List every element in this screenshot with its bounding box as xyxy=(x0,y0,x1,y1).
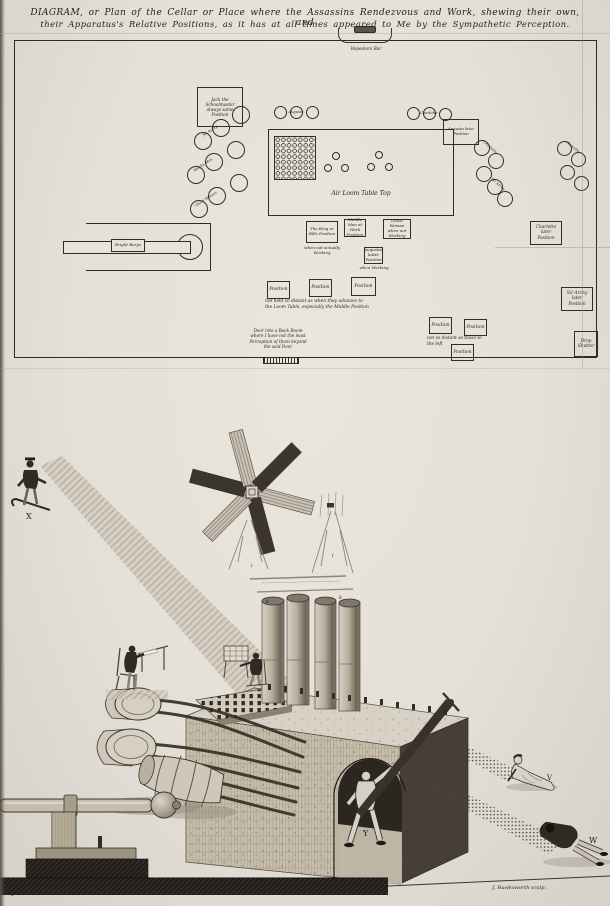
door-note: Door into a Back Room where I have not t… xyxy=(249,328,307,350)
position-circle xyxy=(560,165,575,180)
table-circle xyxy=(367,163,375,171)
fold-crease xyxy=(0,368,610,369)
fold-crease xyxy=(495,247,610,248)
drop-shutter-box: Drop Shutter xyxy=(574,331,598,357)
position-box: Position xyxy=(267,281,290,299)
position-box: Position xyxy=(429,317,452,334)
floor-plan: Jack the Schoolmaster always same Positi… xyxy=(14,40,597,358)
scan-edge-left xyxy=(0,0,5,906)
king-position-box: The King or Bills Position xyxy=(306,221,338,243)
position-circle xyxy=(227,141,245,159)
air-loom-table: Air Loom Table Top xyxy=(268,129,454,216)
engraver-credit: J. Hawksworth sculp. xyxy=(460,885,546,891)
advance-caption: not held so distant as when they advance… xyxy=(265,299,369,310)
augusta-box: Augustas latter Position xyxy=(364,247,383,264)
charlotte-later-box: Charlotte later Position xyxy=(530,221,562,245)
artist-credit: J.T. Matthews delin. xyxy=(12,891,62,897)
table-label: Air Loom Table Top xyxy=(269,190,453,198)
letter-a: a xyxy=(266,481,269,487)
figure-recorder xyxy=(106,646,168,699)
position-box: Position xyxy=(464,319,487,336)
repeaters-bar xyxy=(338,28,392,43)
king-position-caption: when not actually Working xyxy=(299,245,345,255)
table-circle xyxy=(385,163,393,171)
letter-v: V xyxy=(546,774,553,782)
augusta-caption: when Working xyxy=(357,265,391,270)
letter-w: W xyxy=(589,836,598,845)
letter-i1: i xyxy=(251,563,253,569)
repeaters-bar-pill xyxy=(354,26,376,33)
bright-burys-label: Bright Burys xyxy=(111,239,145,252)
plate-sheet: X Y V W a i i k k DIAGRAM, or Plan of th… xyxy=(0,0,610,906)
letter-i2: i xyxy=(332,553,334,559)
fold-crease xyxy=(0,33,610,34)
letter-y: Y xyxy=(362,829,369,838)
letter-k2: k xyxy=(339,595,342,601)
battery-grid xyxy=(274,136,316,180)
repeaters-bar-label: Repeaters Bar xyxy=(336,46,396,51)
table-circle xyxy=(341,164,349,172)
pole-apparatus xyxy=(0,792,181,879)
door-hatch xyxy=(263,357,299,364)
position-box: Position xyxy=(309,279,332,297)
table-circle xyxy=(375,151,383,159)
chain-name: Augusta xyxy=(276,110,316,114)
table-circle xyxy=(332,152,340,160)
sir-archy-later-box: Sir Archy later Position xyxy=(561,287,593,311)
letter-k1: k xyxy=(266,599,269,605)
letter-x: X xyxy=(26,512,32,521)
middleman-box: Middle Man at Work Position xyxy=(344,219,366,237)
chain-name: Charlotte xyxy=(409,111,449,115)
windmill-sails xyxy=(189,429,314,554)
position-box: Position xyxy=(351,277,376,296)
plate-title-line2: their Apparatus's Relative Positions, as… xyxy=(30,20,580,30)
position-circle xyxy=(230,174,248,192)
glove-woman-box: Glove Woman when not Working xyxy=(383,219,411,239)
table-circle xyxy=(324,164,332,172)
position-circle xyxy=(232,106,250,124)
position-box: Position xyxy=(451,344,474,361)
cylinders xyxy=(262,594,360,711)
fold-crease xyxy=(582,0,583,368)
